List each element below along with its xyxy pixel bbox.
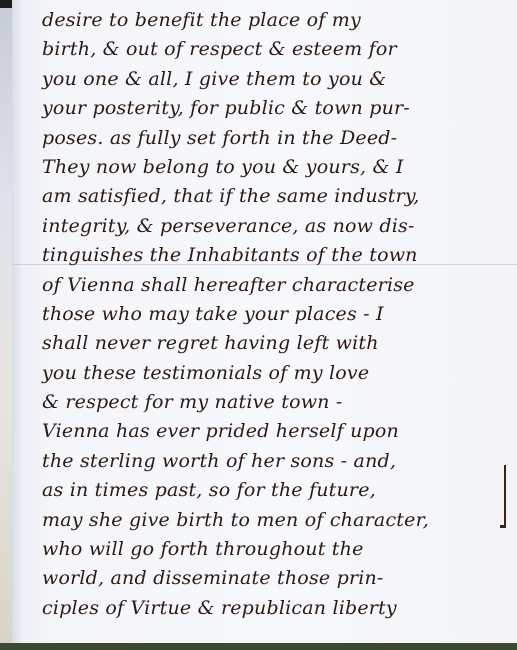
text-line: your posterity, for public & town pur- — [42, 94, 502, 123]
text-line: am satisfied, that if the same industry, — [42, 182, 502, 211]
text-line: shall never regret having left with — [42, 329, 502, 358]
text-line: & respect for my native town - — [42, 388, 502, 417]
text-line: may she give birth to men of character, — [42, 506, 502, 535]
text-line: ciples of Virtue & republican liberty — [42, 594, 502, 623]
text-line: poses. as fully set forth in the Deed- — [42, 124, 502, 153]
text-line: birth, & out of respect & esteem for — [42, 35, 502, 64]
text-line: desire to benefit the place of my — [42, 6, 502, 35]
text-line: integrity, & perseverance, as now dis- — [42, 212, 502, 241]
dark-background-bottom — [0, 643, 517, 650]
text-line: those who may take your places - I — [42, 300, 502, 329]
text-line: who will go forth throughout the — [42, 535, 502, 564]
text-line: world, and disseminate those prin- — [42, 564, 502, 593]
text-line: as in times past, so for the future, — [42, 476, 502, 505]
text-line: of Vienna shall hereafter characterise — [42, 271, 502, 300]
text-line: the sterling worth of her sons - and, — [42, 447, 502, 476]
handwritten-text: desire to benefit the place of my birth,… — [42, 6, 502, 623]
text-line: Vienna has ever prided herself upon — [42, 417, 502, 446]
text-line: you one & all, I give them to you & — [42, 65, 502, 94]
text-line: tinguishes the Inhabitants of the town — [42, 241, 502, 270]
text-line: you these testimonials of my love — [42, 359, 502, 388]
margin-bracket-mark — [500, 465, 506, 528]
text-line: They now belong to you & yours, & I — [42, 153, 502, 182]
